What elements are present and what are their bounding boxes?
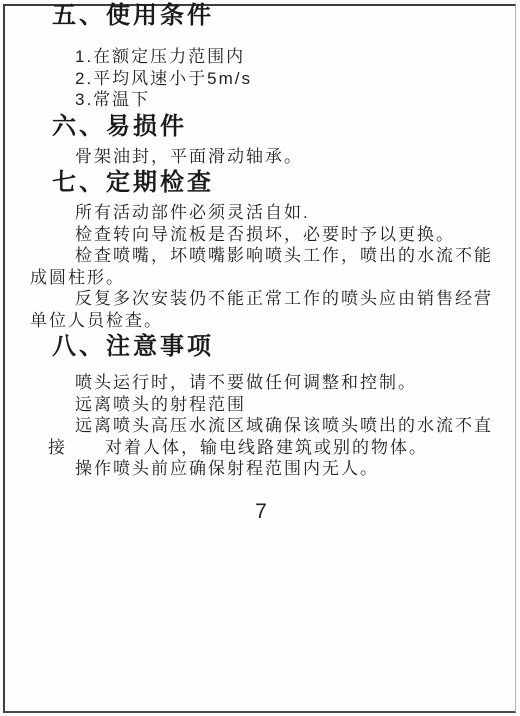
document-page: 五、使用条件 1.在额定压力范围内 2.平均风速小于5m/s 3.常温下 六、易… (0, 0, 520, 716)
section-body-periodic-inspection: 所有活动部件必须灵活自如. 检查转向导流板是否损坏，必要时予以更换。 检查喷嘴，… (30, 202, 492, 331)
list-item: 1.在额定压力范围内 (75, 46, 492, 68)
section-heading-wearing-parts: 六、易损件 (52, 111, 492, 143)
body-line: 所有活动部件必须灵活自如. (75, 202, 492, 224)
body-line: 检查转向导流板是否损坏，必要时予以更换。 (75, 224, 492, 246)
body-line: 远离喷头高压水流区域确保该喷头喷出的水流不直 (75, 415, 492, 437)
body-line: 接 对着人体，输电线路建筑或别的物体。 (48, 437, 492, 459)
body-line: 远离喷头的射程范围 (75, 394, 492, 416)
section-heading-precautions: 八、注意事项 (52, 331, 492, 363)
body-line: 成圆柱形。 (30, 267, 492, 289)
section-heading-periodic-inspection: 七、定期检查 (52, 167, 492, 199)
body-line: 骨架油封，平面滑动轴承。 (75, 146, 492, 168)
section-body-usage-conditions: 1.在额定压力范围内 2.平均风速小于5m/s 3.常温下 (30, 46, 492, 111)
section-heading-usage-conditions: 五、使用条件 (52, 0, 492, 32)
page-content: 五、使用条件 1.在额定压力范围内 2.平均风速小于5m/s 3.常温下 六、易… (30, 0, 492, 525)
section-body-wearing-parts: 骨架油封，平面滑动轴承。 (30, 146, 492, 168)
body-line: 单位人员检查。 (30, 310, 492, 332)
list-item: 3.常温下 (75, 89, 492, 111)
list-item: 2.平均风速小于5m/s (75, 68, 492, 90)
body-line: 喷头运行时，请不要做任何调整和控制。 (75, 372, 492, 394)
body-line: 操作喷头前应确保射程范围内无人。 (75, 458, 492, 480)
section-body-precautions: 喷头运行时，请不要做任何调整和控制。 远离喷头的射程范围 远离喷头高压水流区域确… (30, 372, 492, 480)
body-line: 反复多次安装仍不能正常工作的喷头应由销售经营 (75, 288, 492, 310)
body-line: 检查喷嘴，坏喷嘴影响喷头工作，喷出的水流不能 (75, 245, 492, 267)
page-number: 7 (30, 499, 492, 525)
